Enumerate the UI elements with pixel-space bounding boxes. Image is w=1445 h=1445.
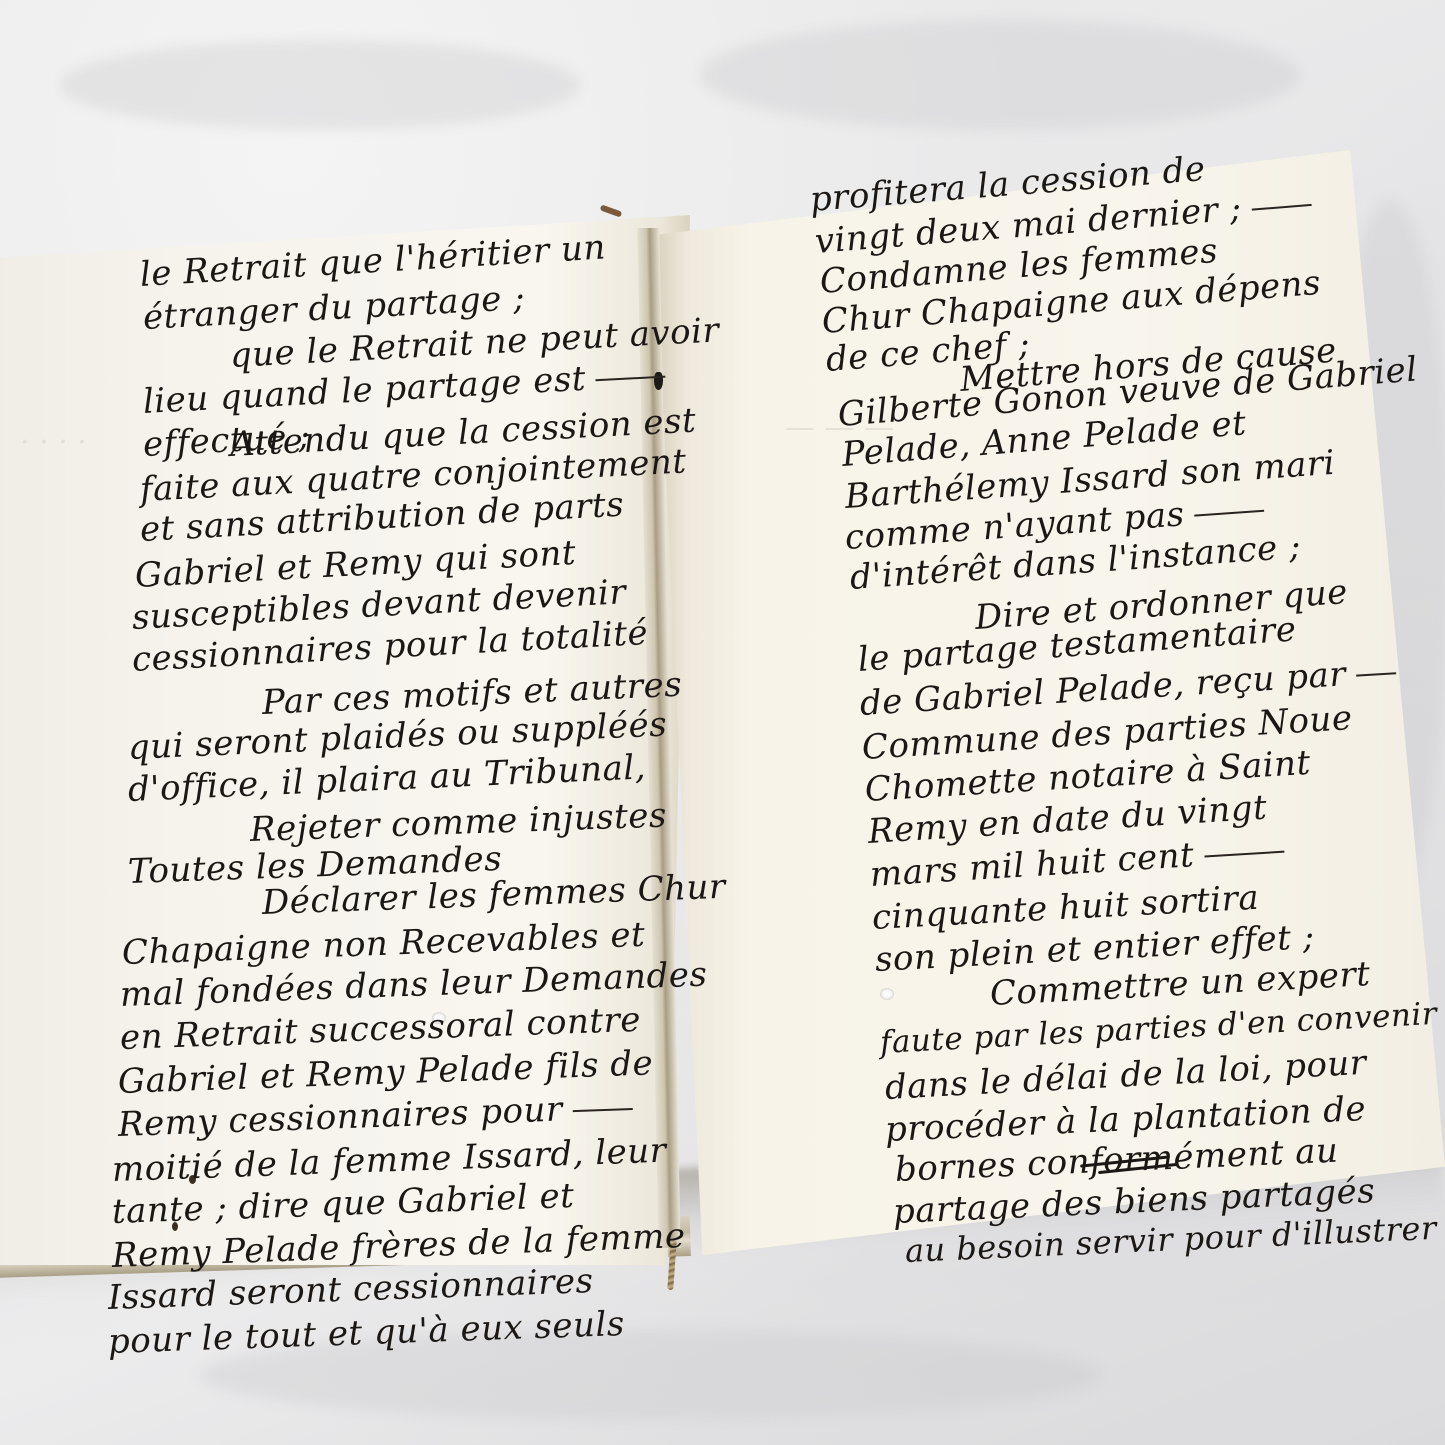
manuscript-photo: · · · · — — — le Retrait que l'héritier …: [0, 0, 1445, 1445]
tissue-texture: [700, 20, 1300, 130]
binding-thread-top: [600, 204, 623, 217]
ink-bleed-through: · · · ·: [20, 425, 87, 460]
paper-hole: [880, 988, 894, 1000]
tissue-texture: [60, 40, 580, 130]
